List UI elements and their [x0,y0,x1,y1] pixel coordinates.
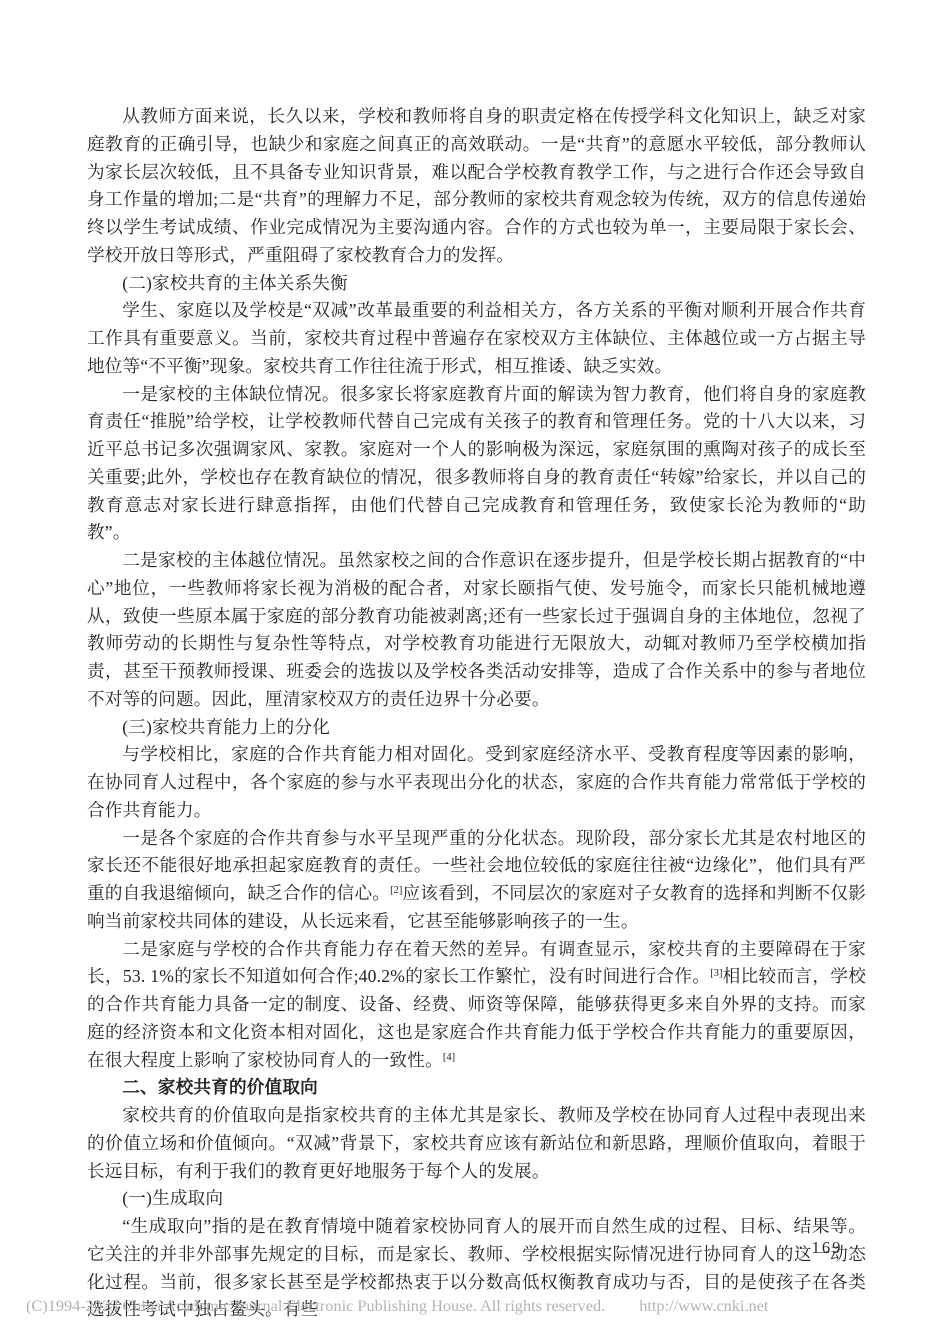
paragraph-participation-differentiation: 一是各个家庭的合作共育参与水平呈现严重的分化状态。现阶段，部分家长尤其是农村地区… [87,825,866,936]
article-text-block: 从教师方面来说，长久以来，学校和教师将自身的职责定格在传授学科文化知识上，缺乏对… [87,103,866,1324]
paragraph-value-orientation-definition: 家校共育的价值取向是指家校共育的主体尤其是家长、教师及学校在协同育人过程中表现出… [87,1102,866,1185]
paragraph-natural-difference: 二是家庭与学校的合作共育能力存在着天然的差异。有调查显示，家校共育的主要障碍在于… [87,936,866,1075]
page-number: · 169 · [798,1238,856,1258]
section-heading-subject-imbalance: (二)家校共育的主体关系失衡 [87,270,866,298]
copyright-footer: (C)1994-2023 China Academic Journal Elec… [26,1296,926,1316]
paragraph-subject-absence: 一是家校的主体缺位情况。很多家长将家庭教育片面的解读为智力教育，他们将自身的家庭… [87,381,866,548]
citation-ref-4: [4] [443,1052,455,1063]
copyright-text: (C)1994-2023 China Academic Journal Elec… [26,1296,605,1315]
section-heading-capability-differentiation: (三)家校共育能力上的分化 [87,714,866,742]
cnki-url-text: http://www.cnki.net [639,1296,768,1315]
paragraph-teacher-aspect: 从教师方面来说，长久以来，学校和教师将自身的职责定格在传授学科文化知识上，缺乏对… [87,103,866,270]
section-heading-generative-orientation: (一)生成取向 [87,1185,866,1213]
scanned-paper-page: 从教师方面来说，长久以来，学校和教师将自身的职责定格在传授学科文化知识上，缺乏对… [0,0,950,1344]
paragraph-stakeholders: 学生、家庭以及学校是“双减”改革最重要的利益相关方，各方关系的平衡对顺利开展合作… [87,297,866,380]
paragraph-family-capability: 与学校相比，家庭的合作共育能力相对固化。受到家庭经济水平、受教育程度等因素的影响… [87,741,866,824]
citation-ref-2: [2] [390,885,402,896]
section-heading-value-orientation: 二、家校共育的价值取向 [87,1074,866,1102]
citation-ref-3: [3] [710,968,722,979]
paragraph-subject-overstep: 二是家校的主体越位情况。虽然家校之间的合作意识在逐步提升，但是学校长期占据教育的… [87,547,866,714]
